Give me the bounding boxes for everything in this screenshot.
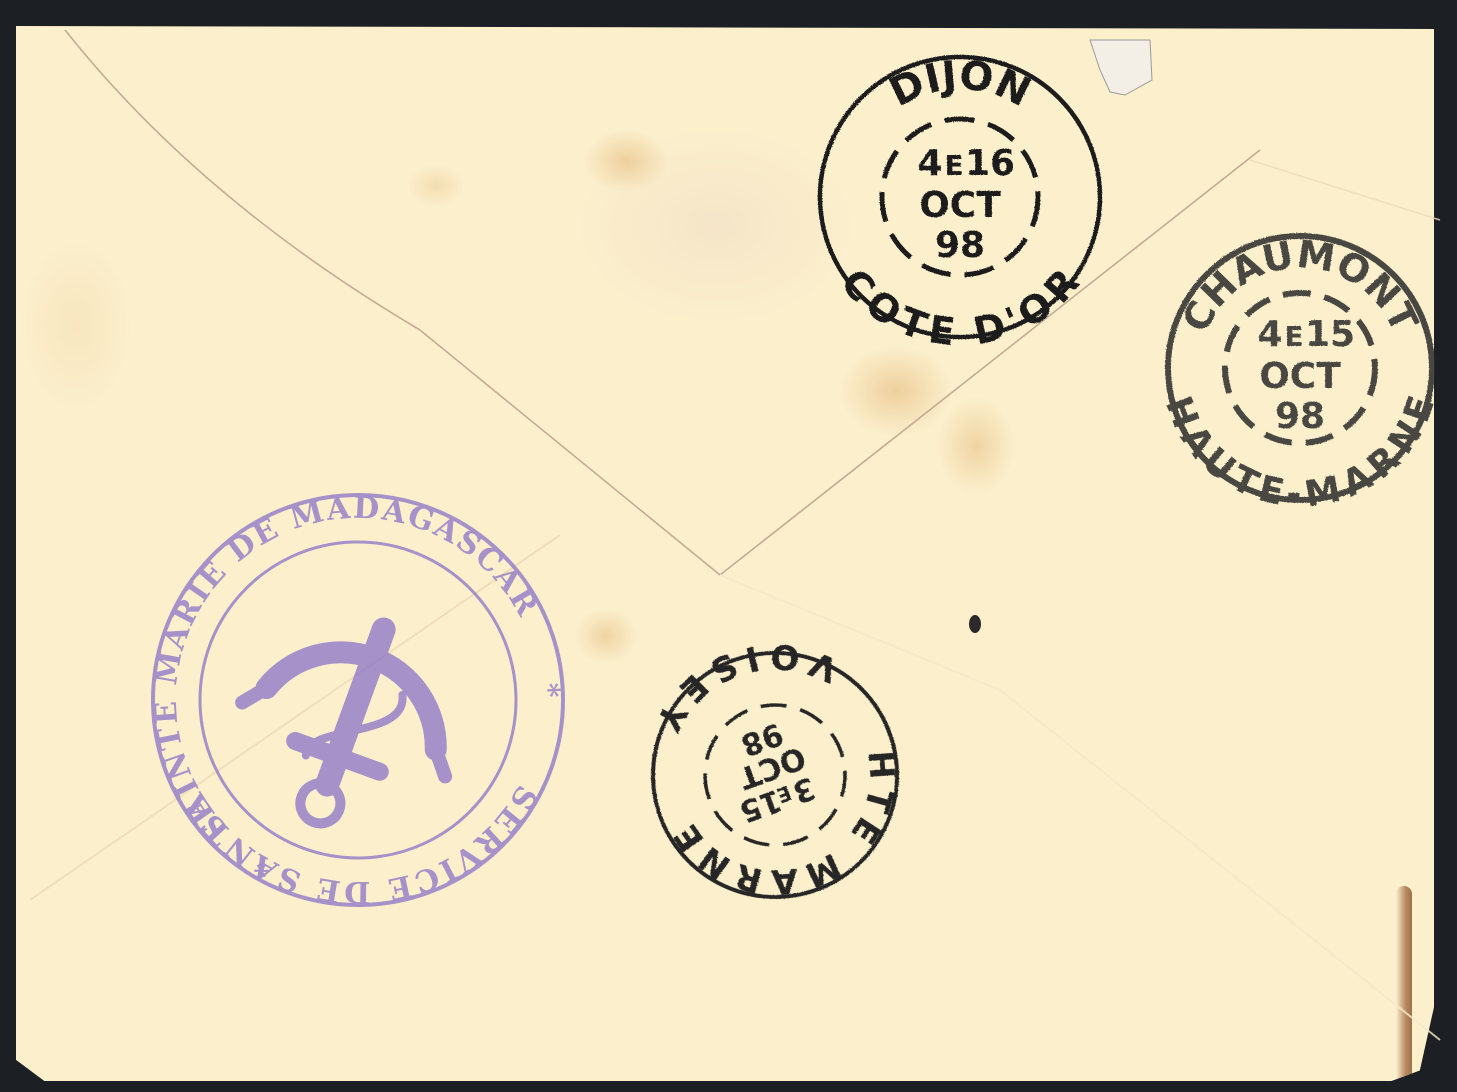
postmark-department: COTE D'OR [832,260,1088,354]
postmark-day: 16 [965,143,1015,184]
seal-service-de-sante: SERVICE DE SANTE SAINTE MARIE DE MADAGAS… [90,432,625,968]
postmark-month: OCT [919,185,1001,226]
torn-flap [1090,40,1152,95]
postmark-collection: E [944,149,963,182]
postmark-time: 4 [917,143,942,184]
ink-blot [969,615,981,633]
postmark-chaumont: CHAUMONT HAUTE-MARNE 4 E 15 OCT 98 [1157,232,1443,516]
postmark-collection: E [1284,320,1303,353]
svg-text:DIJON: DIJON [882,52,1037,116]
svg-text:COTE D'OR: COTE D'OR [832,260,1088,354]
cover-markings: DIJON COTE D'OR 4 E 16 OCT 98 CHAUMONT H… [0,0,1457,1092]
postmark-voisey: HTE MARNE VOISEY 3 E 15 OCT 98 [609,600,937,937]
postmark-day: 15 [1305,314,1355,355]
postmark-town: DIJON [882,52,1037,116]
postmark-year: 98 [1275,396,1325,437]
postmark-time: 4 [1257,314,1282,355]
postmark-year: 98 [935,225,985,266]
postmark-month: OCT [1259,356,1341,397]
